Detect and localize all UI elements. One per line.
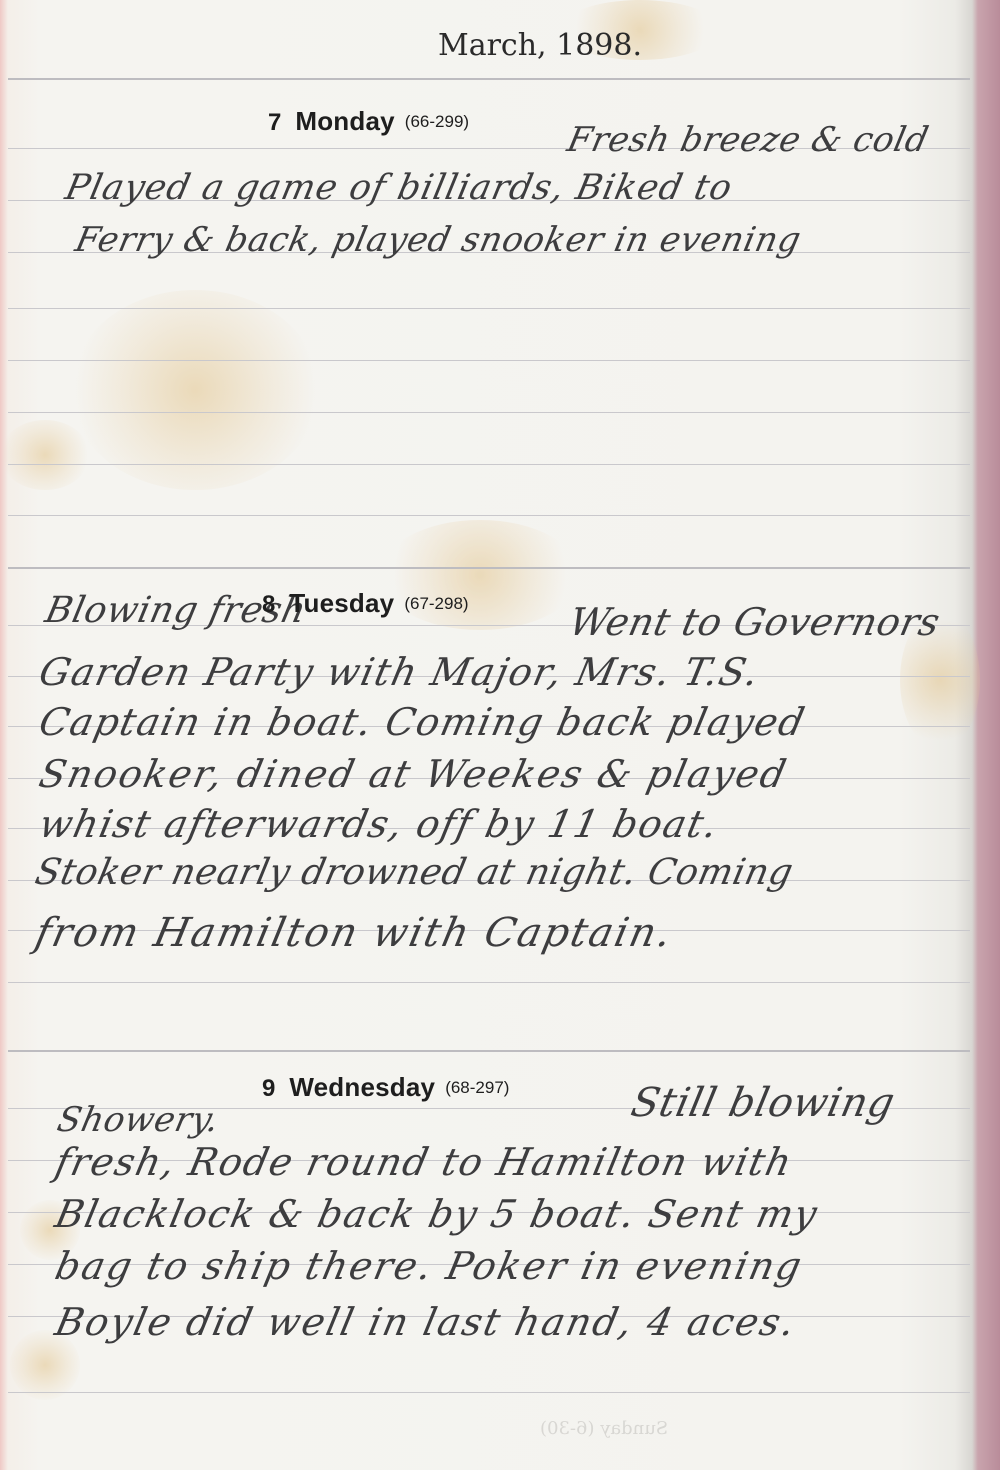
ruled-line [8, 360, 970, 361]
handwritten-line: Garden Party with Major, Mrs. T.S. [35, 650, 764, 694]
weather-note: Fresh breeze & cold [564, 120, 932, 160]
day-heading-monday: 7Monday(66-299) [268, 106, 469, 137]
day-heading-wednesday: 9Wednesday(68-297) [262, 1072, 509, 1103]
handwritten-line: whist afterwards, off by 11 boat. [35, 802, 722, 846]
diary-page: March, 1898. 7Monday(66-299) Fresh breez… [0, 0, 1000, 1470]
ruled-line [8, 464, 970, 465]
page-title: March, 1898. [0, 28, 1000, 63]
day-count: (66-299) [405, 112, 469, 131]
day-number: 7 [268, 109, 281, 136]
bleed-through-text: Sunday (6-30) [540, 1418, 668, 1439]
handwritten-line: Captain in boat. Coming back played [35, 700, 809, 744]
handwritten-line: Still blowing [627, 1080, 899, 1126]
handwritten-line: Stoker nearly drowned at night. Coming [32, 852, 797, 893]
ruled-line [8, 982, 970, 983]
handwritten-line: Blacklock & back by 5 boat. Sent my [51, 1192, 822, 1236]
foxing-stain [70, 290, 320, 490]
handwritten-line: fresh, Rode round to Hamilton with [51, 1140, 796, 1184]
handwritten-line: Snooker, dined at Weekes & played [35, 752, 791, 796]
day-count: (68-297) [445, 1078, 509, 1097]
ruled-line [8, 515, 970, 516]
day-number: 9 [262, 1075, 275, 1102]
day-divider-rule [8, 567, 970, 569]
ruled-line [8, 308, 970, 309]
handwritten-line: Ferry & back, played snooker in evening [72, 220, 805, 260]
ruled-line [8, 1392, 970, 1393]
weekday-label: Monday [295, 106, 394, 136]
handwritten-line: from Hamilton with Captain. [31, 910, 677, 956]
weather-note: Showery. [54, 1100, 223, 1140]
weekday-label: Wednesday [289, 1072, 435, 1102]
handwritten-line: bag to ship there. Poker in evening [51, 1244, 807, 1288]
day-count: (67-298) [404, 594, 468, 613]
foxing-stain [0, 420, 90, 490]
handwritten-line: Played a game of billiards, Biked to [62, 168, 736, 208]
header-rule [8, 78, 970, 80]
day-heading-tuesday: 8Tuesday(67-298) [262, 588, 469, 619]
handwritten-line: Went to Governors [565, 600, 944, 644]
day-divider-rule [8, 1050, 970, 1052]
day-number: 8 [262, 591, 275, 618]
handwritten-line: Boyle did well in last hand, 4 aces. [51, 1300, 800, 1344]
weekday-label: Tuesday [289, 588, 394, 618]
ruled-line [8, 412, 970, 413]
